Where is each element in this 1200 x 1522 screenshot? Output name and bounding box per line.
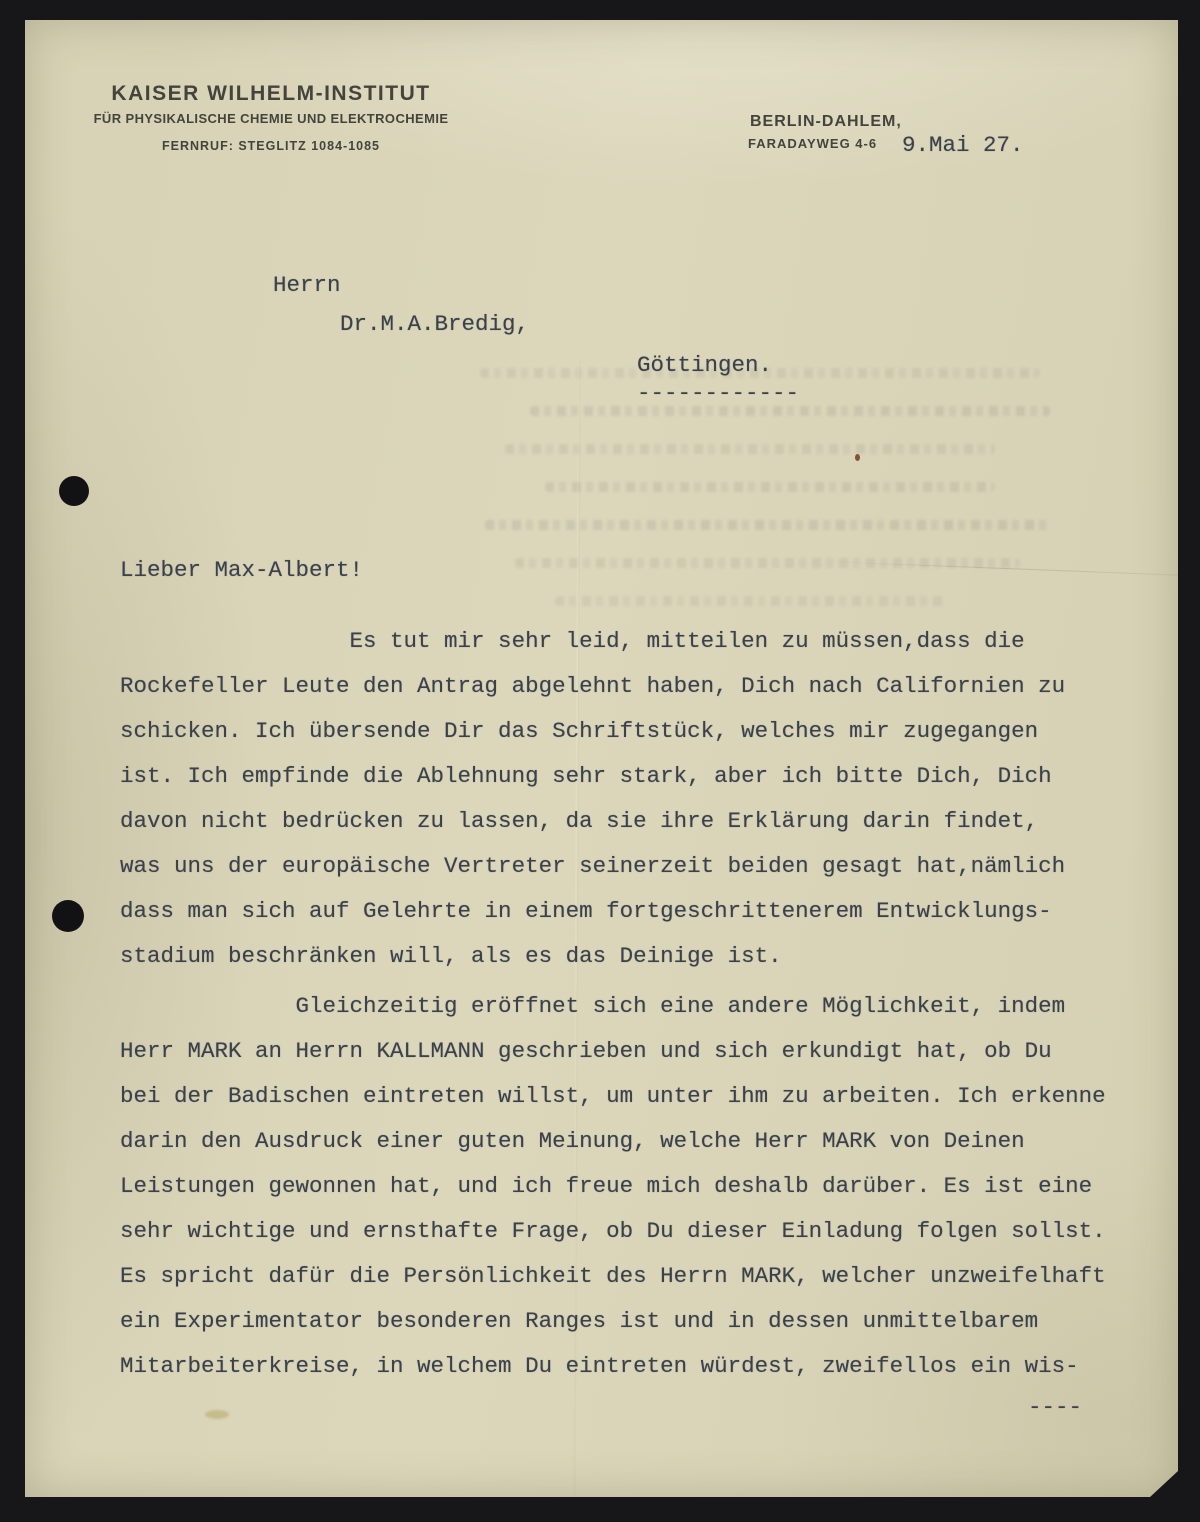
greeting-line: Lieber Max-Albert! — [120, 556, 363, 584]
bleed-through-texture — [555, 596, 945, 606]
body-paragraph-1: Es tut mir sehr leid, mitteilen zu müsse… — [120, 619, 1065, 979]
letter-page: KAISER WILHELM-INSTITUT FÜR PHYSIKALISCH… — [25, 20, 1178, 1497]
paper-smudge — [205, 1410, 229, 1419]
letterhead-place: BERLIN-DAHLEM, — [750, 113, 902, 131]
letterhead-phone: FERNRUF: STEGLITZ 1084-1085 — [75, 139, 467, 153]
ink-speck — [855, 454, 860, 461]
letterhead-institute-name: KAISER WILHELM-INSTITUT — [75, 82, 467, 106]
recipient-name: Dr.M.A.Bredig, — [340, 310, 529, 338]
continuation-mark: ---- — [1028, 1393, 1082, 1421]
recipient-city: Göttingen. — [637, 351, 772, 379]
punch-hole-top — [59, 476, 89, 506]
punch-hole-bottom — [52, 900, 84, 932]
recipient-city-underline: ------------ — [637, 379, 799, 407]
letter-date: 9.Mai 27. — [902, 131, 1024, 159]
body-paragraph-2: Gleichzeitig eröffnet sich eine andere M… — [120, 984, 1106, 1389]
bleed-through-texture — [485, 520, 1050, 530]
scan-background: KAISER WILHELM-INSTITUT FÜR PHYSIKALISCH… — [0, 0, 1200, 1522]
recipient-salutation: Herrn — [273, 271, 341, 299]
bleed-through-texture — [545, 482, 995, 492]
letterhead-street: FARADAYWEG 4-6 — [748, 136, 877, 151]
letterhead-institute-department: FÜR PHYSIKALISCHE CHEMIE UND ELEKTROCHEM… — [75, 111, 467, 126]
bleed-through-texture — [530, 406, 1050, 416]
